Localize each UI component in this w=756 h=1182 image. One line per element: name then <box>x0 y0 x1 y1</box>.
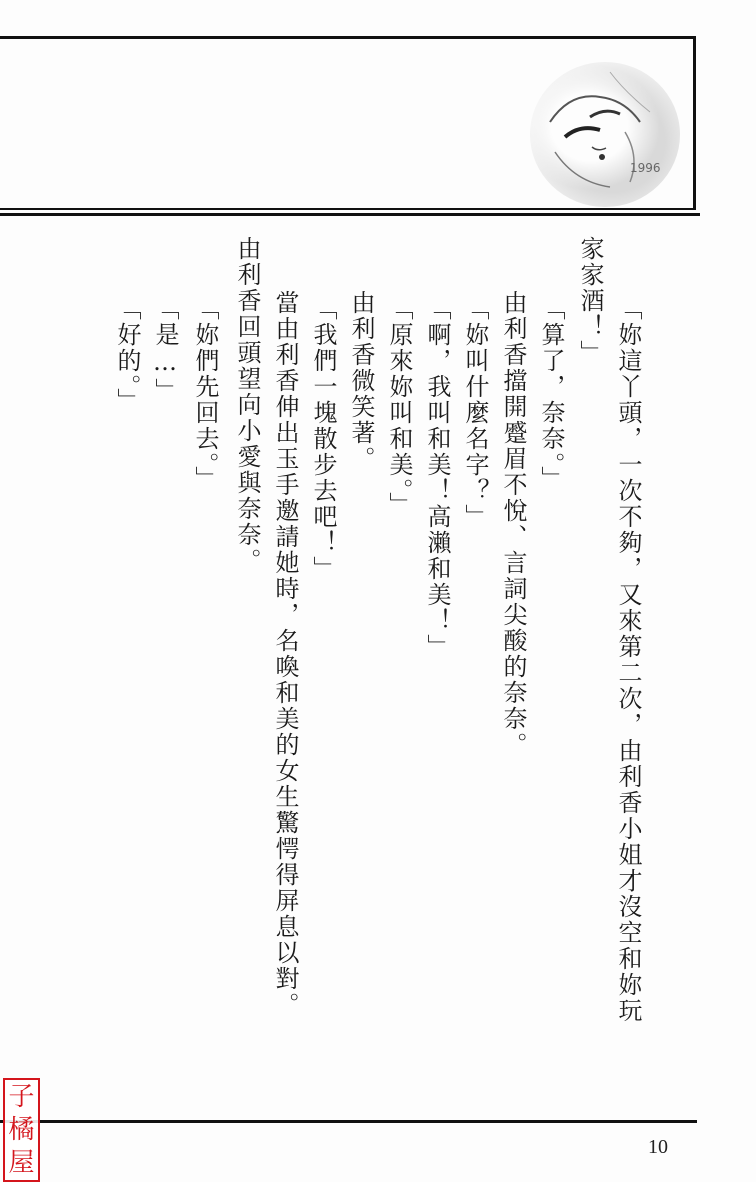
header-illustration: 1996 <box>530 62 680 207</box>
text-column: 家家酒！」 <box>577 236 603 366</box>
text-column: 由利香回頭望向小愛與奈奈。 <box>234 236 260 574</box>
text-column: 由利香微笑著。 <box>348 290 374 472</box>
text-column: 「是…」 <box>152 296 178 404</box>
text-column: 「算了，奈奈。」 <box>538 296 564 492</box>
seal-glyph: 子 <box>8 1082 34 1112</box>
text-column: 「原來妳叫和美。」 <box>386 296 412 518</box>
seal-glyph: 屋 <box>8 1148 34 1178</box>
text-column: 「啊，我叫和美！高瀨和美！」 <box>424 296 450 660</box>
text-column: 「妳這丫頭，一次不夠，又來第二次，由利香小姐才沒空和妳玩 <box>615 296 641 1024</box>
seal-glyph: 橘 <box>8 1115 34 1145</box>
text-column: 「我們一塊散步去吧！」 <box>310 296 336 582</box>
svg-text:1996: 1996 <box>630 161 661 175</box>
girl-portrait-sketch-icon: 1996 <box>530 62 680 207</box>
header-double-rule <box>0 213 700 216</box>
footer-rule <box>0 1120 697 1123</box>
publisher-seal-stamp: 子 橘 屋 <box>3 1078 40 1182</box>
page-number: 10 <box>448 1136 668 1159</box>
text-column: 「妳們先回去。」 <box>192 296 218 492</box>
text-column: 由利香擋開蹙眉不悅、言詞尖酸的奈奈。 <box>500 290 526 758</box>
text-column: 「好的。」 <box>114 296 140 414</box>
text-column: 「妳叫什麼名字？」 <box>462 296 488 530</box>
text-column: 當由利香伸出玉手邀請她時，名喚和美的女生驚愕得屏息以對。 <box>272 290 298 1018</box>
